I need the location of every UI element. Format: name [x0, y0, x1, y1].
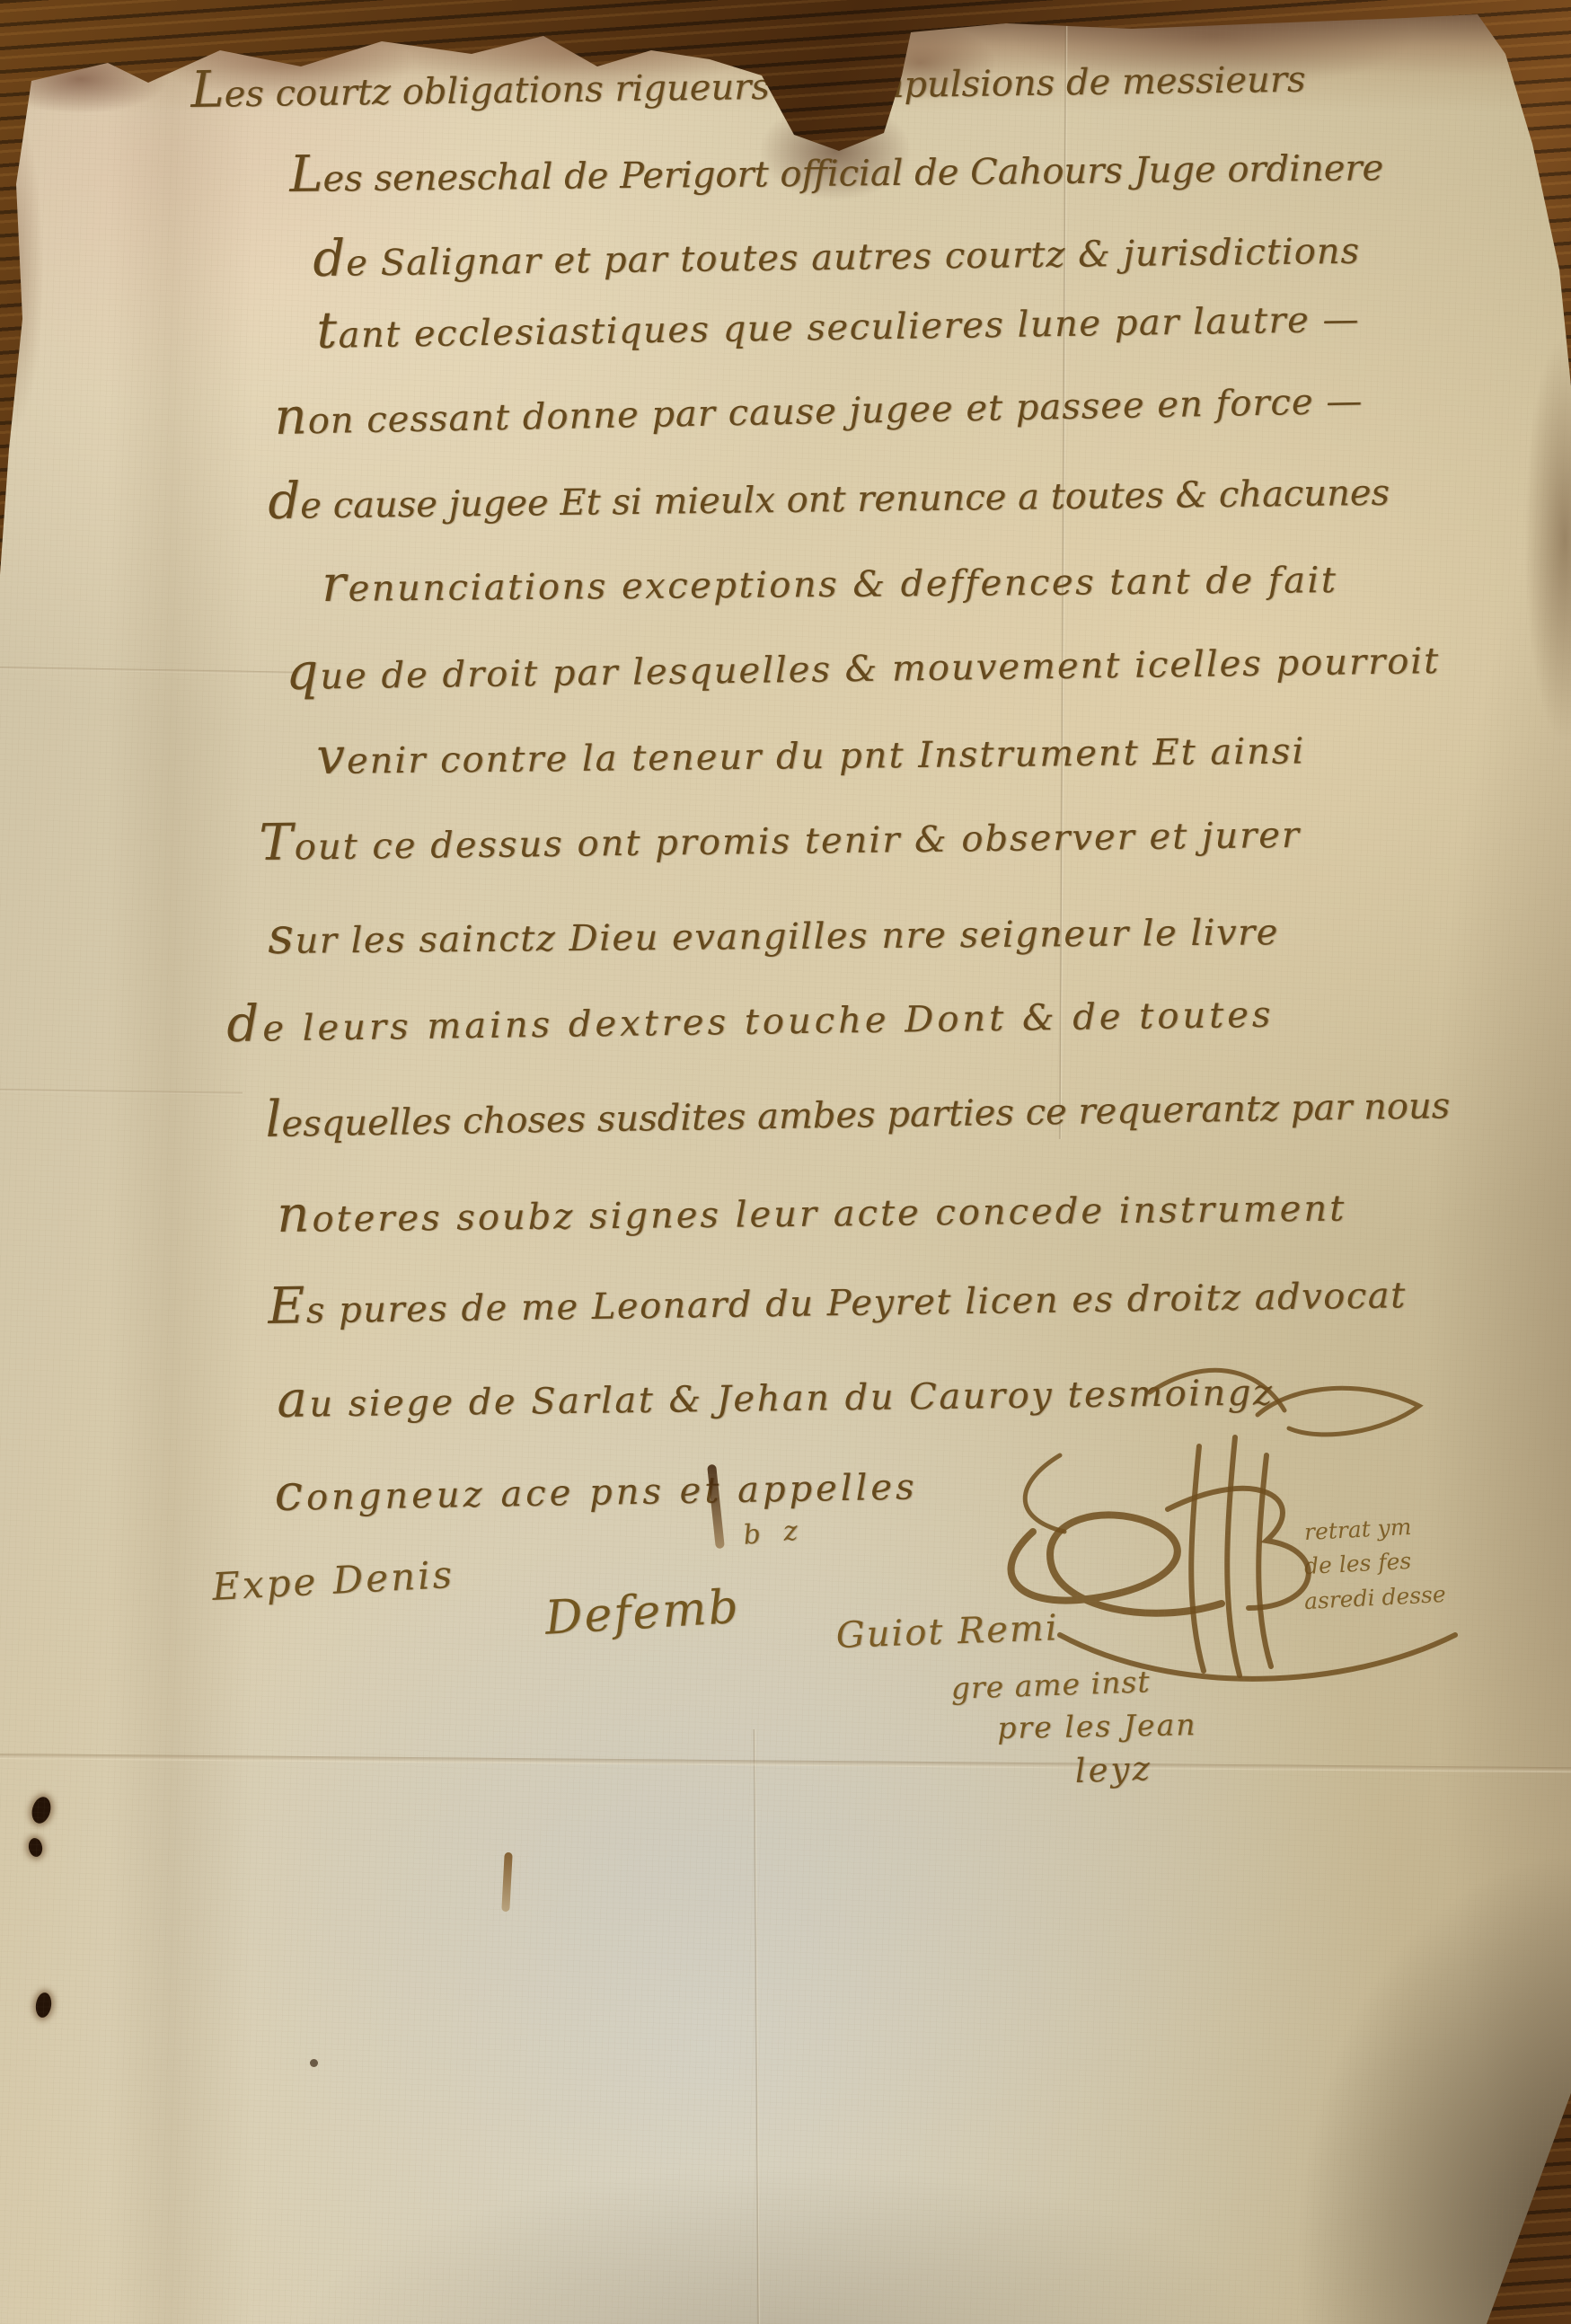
signature-subline-2: gre ame inst [950, 1664, 1151, 1706]
manuscript-line-6: de cause jugee Et si mieulx ont renunce … [268, 463, 1390, 529]
manuscript-line-10: Tout ce dessus ont promis tenir & observ… [259, 805, 1301, 870]
worm-hole-3 [34, 1992, 53, 2019]
margin-note-2: de les fes [1303, 1548, 1412, 1579]
manuscript-line-9: venir contre la teneur du pnt Instrument… [316, 720, 1305, 783]
manuscript-line-5: non cessant donne par cause jugee et pas… [274, 371, 1364, 445]
manuscript-line-15: Es pures de me Leonard du Peyret licen e… [268, 1265, 1407, 1333]
manuscript-line-12: de leurs mains dextres touche Dont & de … [226, 985, 1275, 1052]
signature-subline-1: Guiot Remi [835, 1607, 1059, 1657]
fold-crease-vertical-lower [753, 1729, 761, 2324]
manuscript-line-16: au siege de Sarlat & Jehan du Cauroy tes… [277, 1362, 1275, 1427]
manuscript-line-7: renunciations exceptions & deffences tan… [322, 550, 1338, 612]
signature-subline-3: pre les Jean [997, 1707, 1197, 1745]
margin-note-3: asredi desse [1303, 1581, 1446, 1614]
signature-left: Expe Denis [211, 1552, 455, 1609]
manuscript-line-11: sur les sainctz Dieu evangilles nre seig… [268, 902, 1279, 964]
signature-subline-4: leyz [1074, 1749, 1153, 1790]
signature-principal: Defemb [543, 1580, 741, 1646]
worm-hole-2 [27, 1837, 43, 1858]
manuscript-line-13: lesquelles choses susdites ambes parties… [265, 1075, 1451, 1147]
manuscript-line-17: congneuz ace pns et appelles [274, 1457, 918, 1521]
fold-crease-horizontal-left-1 [0, 667, 296, 675]
manuscript-line-3: de Salignar et par toutes autres courtz … [313, 221, 1360, 287]
manuscript-photo: Les courtz obligations rigueurs et compu… [0, 0, 1571, 2324]
manuscript-line-14: noteres soubz signes leur acte concede i… [277, 1179, 1346, 1242]
worm-hole-1 [29, 1795, 53, 1825]
margin-note-1: retrat ym [1303, 1514, 1412, 1545]
manuscript-line-8: que de droit par lesquelles & mouvement … [286, 631, 1440, 700]
ink-drip-1 [501, 1852, 512, 1912]
ink-speck [310, 2059, 318, 2067]
fold-crease-horizontal-left-2 [0, 1089, 243, 1095]
signature-mark: b z [742, 1515, 806, 1551]
fold-crease-horizontal-main [0, 1754, 1571, 1772]
manuscript-page: Les courtz obligations rigueurs et compu… [0, 0, 1571, 2324]
manuscript-line-4: tant ecclesiastiques que seculieres lune… [316, 289, 1360, 358]
